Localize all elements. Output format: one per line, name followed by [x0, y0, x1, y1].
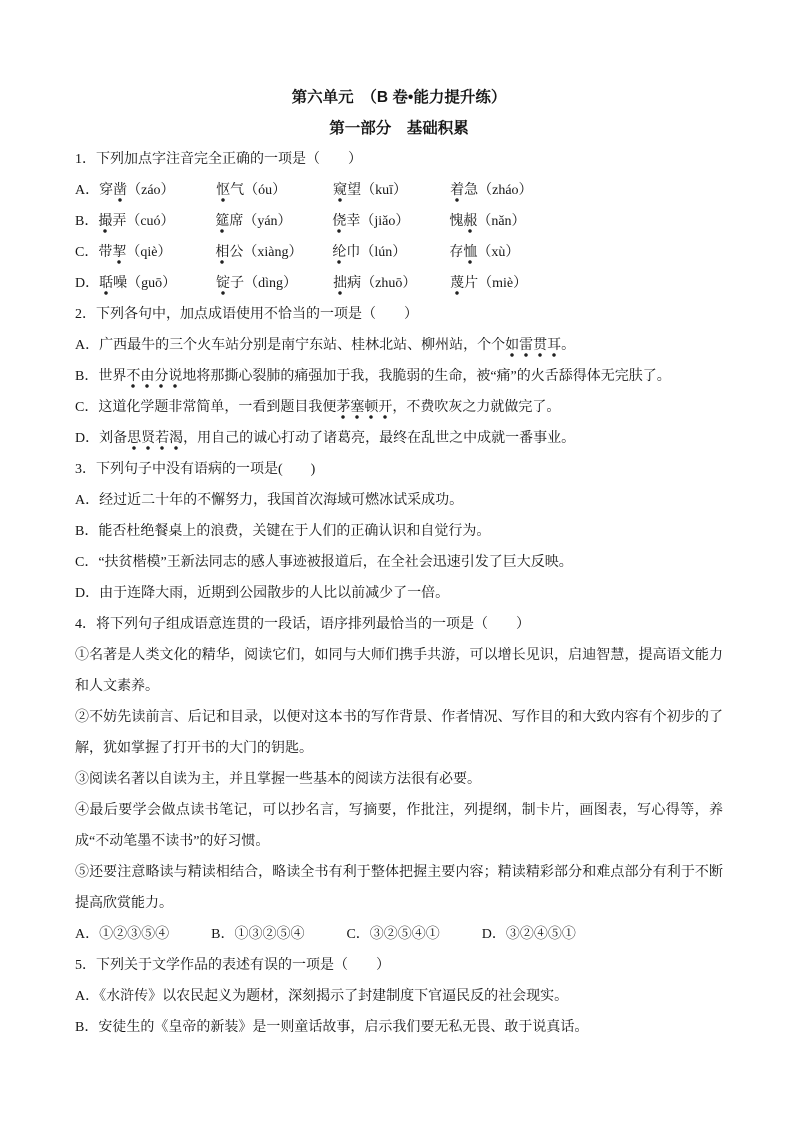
emphasized-text: 聒	[99, 276, 113, 295]
q1-option-d-entry-4: 蔑片（miè）	[450, 268, 527, 299]
q1-option-a-label: A．	[75, 183, 99, 198]
q2-option-a: A．广西最牛的三个火车站分别是南宁东站、桂林北站、柳州站，个个如雷贯耳。	[75, 330, 723, 361]
q4-sentence-4: ④最后要学会做点读书笔记，可以抄名言，写摘要，作批注，列提纲，制卡片，画图表，写…	[75, 795, 723, 857]
emphasized-text: 侥	[332, 214, 346, 233]
q1-option-c-entry-2: 相公（xiàng）	[215, 237, 332, 268]
q4-sentence-2: ②不妨先读前言、后记和目录，以便对这本书的写作背景、作者情况、写作目的和大致内容…	[75, 702, 723, 764]
emphasized-text: 撮	[98, 214, 112, 233]
emphasized-text: 窥	[333, 183, 347, 202]
emphasized-text: 如雷贯耳	[505, 338, 561, 357]
q2-option-d: D．刘备思贤若渴，用自己的诚心打动了诸葛亮，最终在乱世之中成就一番事业。	[75, 423, 723, 454]
emphasized-text: 锭	[216, 276, 230, 295]
q3-stem: 3．下列句子中没有语病的一项是( )	[75, 454, 723, 485]
test-paper-page: 第六单元 （B 卷•能力提升练） 第一部分 基础积累 1．下列加点字注音完全正确…	[0, 0, 793, 1122]
emphasized-text: 不由分说	[126, 369, 182, 388]
q1-option-c-label: C．	[75, 245, 98, 260]
emphasized-text: 筵	[215, 214, 229, 233]
emphasized-text: 茅塞顿开	[336, 400, 392, 419]
emphasized-text: 纶	[332, 245, 346, 264]
emphasized-text: 蔑	[450, 276, 464, 295]
q1-option-c: C．带挈（qiè）相公（xiàng）纶巾（lún）存恤（xù）	[75, 237, 723, 268]
q3-option-c: C．“扶贫楷模”王新法同志的感人事迹被报道后，在全社会迅速引发了巨大反映。	[75, 547, 723, 578]
q1-option-a: A．穿凿（záo）怄气（óu）窥望（kuī）着急（zháo）	[75, 175, 723, 206]
q4-sentence-3: ③阅读名著以自读为主，并且掌握一些基本的阅读方法很有必要。	[75, 764, 723, 795]
q1-option-b-entry-3: 侥幸（jiǎo）	[332, 206, 449, 237]
q1-stem: 1．下列加点字注音完全正确的一项是（ ）	[75, 144, 723, 175]
q1-option-c-entry-1: 带挈（qiè）	[98, 237, 215, 268]
q1-option-b-entry-1: 撮弄（cuó）	[98, 206, 215, 237]
q2-option-c: C．这道化学题非常简单，一看到题目我便茅塞顿开，不费吹灰之力就做完了。	[75, 392, 723, 423]
section-heading: 第一部分 基础积累	[75, 113, 723, 144]
q1-option-b-entry-2: 筵席（yán）	[215, 206, 332, 237]
q2-stem: 2．下列各句中，加点成语使用不恰当的一项是（ ）	[75, 299, 723, 330]
q1-option-d: D．聒噪（guō）锭子（dìng）拙病（zhuō）蔑片（miè）	[75, 268, 723, 299]
emphasized-text: 恤	[463, 245, 477, 264]
q3-option-a: A．经过近二十年的不懈努力，我国首次海域可燃冰试采成功。	[75, 485, 723, 516]
q3-option-d: D．由于连降大雨，近期到公园散步的人比以前减少了一倍。	[75, 578, 723, 609]
emphasized-text: 赧	[463, 214, 477, 233]
paragraphs: 1．下列加点字注音完全正确的一项是（ ）A．穿凿（záo）怄气（óu）窥望（ku…	[75, 144, 723, 1043]
emphasized-text: 挈	[112, 245, 126, 264]
q1-option-b-entry-4: 愧赧（nǎn）	[449, 206, 525, 237]
emphasized-text: 拙	[333, 276, 347, 295]
q5-option-b: B．安徒生的《皇帝的新装》是一则童话故事，启示我们要无私无畏、敢于说真话。	[75, 1012, 723, 1043]
q3-option-b: B．能否杜绝餐桌上的浪费，关键在于人们的正确认识和自觉行为。	[75, 516, 723, 547]
q5-stem: 5．下列关于文学作品的表述有误的一项是（ ）	[75, 950, 723, 981]
q1-option-d-entry-1: 聒噪（guō）	[99, 268, 216, 299]
emphasized-text: 思贤若渴	[127, 431, 183, 450]
emphasized-text: 怄	[216, 183, 230, 202]
q1-option-a-entry-2: 怄气（óu）	[216, 175, 333, 206]
emphasized-text: 相	[215, 245, 229, 264]
emphasized-text: 凿	[113, 183, 127, 202]
q4-stem: 4．将下列句子组成语意连贯的一段话，语序排列最恰当的一项是（ ）	[75, 609, 723, 640]
q1-option-b: B．撮弄（cuó）筵席（yán）侥幸（jiǎo）愧赧（nǎn）	[75, 206, 723, 237]
q4-sentence-1: ①名著是人类文化的精华，阅读它们，如同与大师们携手共游，可以增长见识，启迪智慧，…	[75, 640, 723, 702]
q1-option-d-entry-2: 锭子（dìng）	[216, 268, 333, 299]
doc-title: 第六单元 （B 卷•能力提升练）	[75, 82, 723, 113]
q2-option-b: B．世界不由分说地将那撕心裂肺的痛强加于我，我脆弱的生命，被“痛”的火舌舔得体无…	[75, 361, 723, 392]
q1-option-a-entry-1: 穿凿（záo）	[99, 175, 216, 206]
q1-option-a-entry-4: 着急（zháo）	[450, 175, 532, 206]
q1-option-d-label: D．	[75, 276, 99, 291]
emphasized-text: 着	[450, 183, 464, 202]
q1-option-b-label: B．	[75, 214, 98, 229]
q4-choices: A．①②③⑤④ B．①③②⑤④ C．③②⑤④① D．③②④⑤①	[75, 919, 723, 950]
q1-option-c-entry-3: 纶巾（lún）	[332, 237, 449, 268]
q5-option-a: A．《水浒传》以农民起义为题材，深刻揭示了封建制度下官逼民反的社会现实。	[75, 981, 723, 1012]
q1-option-a-entry-3: 窥望（kuī）	[333, 175, 450, 206]
q1-option-d-entry-3: 拙病（zhuō）	[333, 268, 450, 299]
q4-sentence-5: ⑤还要注意略读与精读相结合，略读全书有利于整体把握主要内容；精读精彩部分和难点部…	[75, 857, 723, 919]
q1-option-c-entry-4: 存恤（xù）	[449, 237, 519, 268]
